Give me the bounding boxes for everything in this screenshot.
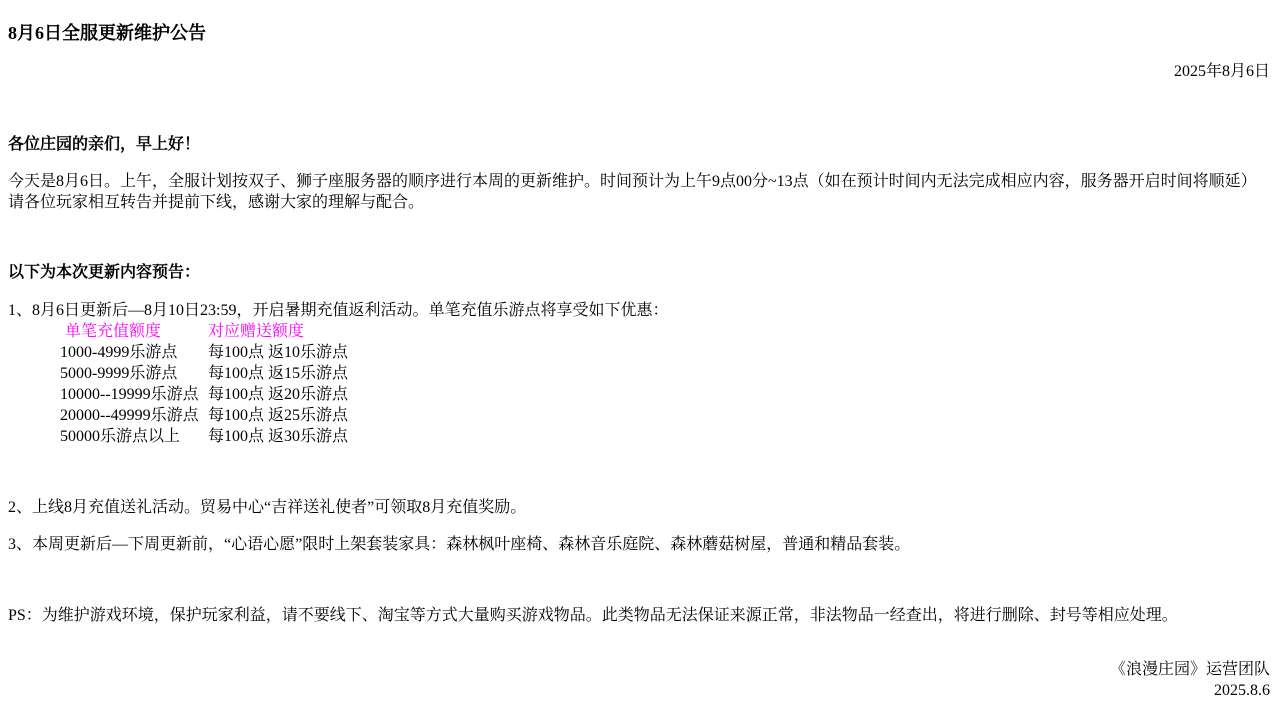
table-cell-bonus: 每100点 返20乐游点 <box>208 384 348 405</box>
table-cell-bonus: 每100点 返15乐游点 <box>208 363 348 384</box>
table-row: 50000乐游点以上 每100点 返30乐游点 <box>60 426 1270 447</box>
table-row: 1000-4999乐游点 每100点 返10乐游点 <box>60 342 1270 363</box>
table-cell-range: 10000--19999乐游点 <box>60 384 208 405</box>
intro-paragraph-line-1: 今天是8月6日。上午，全服计划按双子、狮子座服务器的顺序进行本周的更新维护。时间… <box>8 171 1270 192</box>
table-header-bonus-amount: 对应赠送额度 <box>208 321 304 342</box>
table-row: 10000--19999乐游点 每100点 返20乐游点 <box>60 384 1270 405</box>
table-cell-range: 50000乐游点以上 <box>60 426 208 447</box>
page-title: 8月6日全服更新维护公告 <box>8 21 1270 46</box>
recharge-bonus-table: 单笔充值额度 对应赠送额度 1000-4999乐游点 每100点 返10乐游点 … <box>60 321 1270 447</box>
footer-date: 2025.8.6 <box>8 680 1270 701</box>
table-cell-bonus: 每100点 返10乐游点 <box>208 342 348 363</box>
table-row: 5000-9999乐游点 每100点 返15乐游点 <box>60 363 1270 384</box>
table-cell-range: 5000-9999乐游点 <box>60 363 208 384</box>
table-cell-range: 20000--49999乐游点 <box>60 405 208 426</box>
table-header-row: 单笔充值额度 对应赠送额度 <box>60 321 1270 342</box>
footer-signature: 《浪漫庄园》运营团队 2025.8.6 <box>8 659 1270 701</box>
update-item-2: 2、上线8月充值送礼活动。贸易中心“吉祥送礼使者”可领取8月充值奖励。 <box>8 497 1270 518</box>
announcement-document: 8月6日全服更新维护公告 2025年8月6日 各位庄园的亲们，早上好！ 今天是8… <box>0 0 1280 720</box>
table-cell-range: 1000-4999乐游点 <box>60 342 208 363</box>
announcement-date: 2025年8月6日 <box>8 61 1270 82</box>
update-preview-heading: 以下为本次更新内容预告： <box>8 262 1270 283</box>
greeting-line: 各位庄园的亲们，早上好！ <box>8 134 1270 155</box>
ps-note: PS：为维护游戏环境，保护玩家利益，请不要线下、淘宝等方式大量购买游戏物品。此类… <box>8 605 1270 626</box>
table-header-recharge-amount: 单笔充值额度 <box>60 321 208 342</box>
footer-team: 《浪漫庄园》运营团队 <box>8 659 1270 680</box>
table-row: 20000--49999乐游点 每100点 返25乐游点 <box>60 405 1270 426</box>
table-cell-bonus: 每100点 返25乐游点 <box>208 405 348 426</box>
update-item-3: 3、本周更新后—下周更新前，“心语心愿”限时上架套装家具：森林枫叶座椅、森林音乐… <box>8 534 1270 555</box>
intro-paragraph-line-2: 请各位玩家相互转告并提前下线，感谢大家的理解与配合。 <box>8 192 1270 213</box>
table-cell-bonus: 每100点 返30乐游点 <box>208 426 348 447</box>
update-item-1: 1、8月6日更新后—8月10日23:59，开启暑期充值返利活动。单笔充值乐游点将… <box>8 300 1270 321</box>
